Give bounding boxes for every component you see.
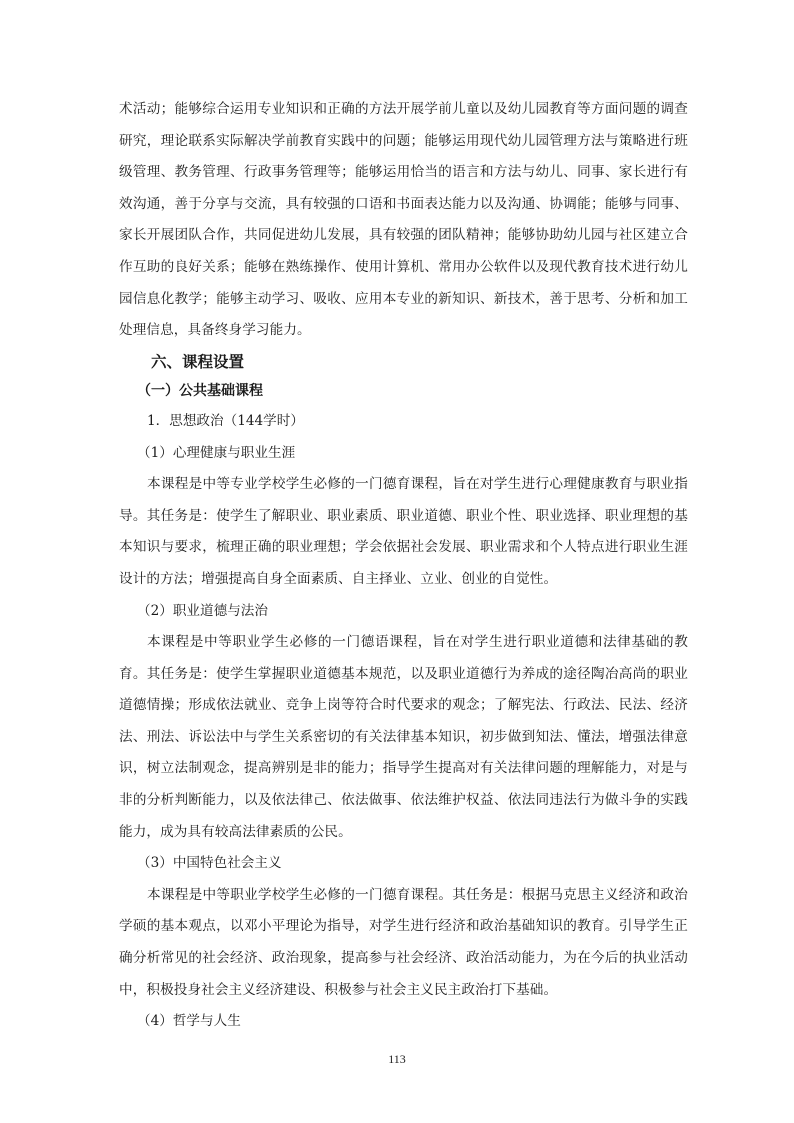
- course-description: 本课程是中等职业学生必修的一门德语课程，旨在对学生进行职业道德和法律基础的教育。…: [119, 627, 688, 848]
- page-body: 术活动；能够综合运用专业知识和正确的方法开展学前儿童以及幼儿园教育等方面问题的调…: [119, 94, 688, 1038]
- section-heading: 六、课程设置: [119, 347, 688, 379]
- course-description: 本课程是中等职业学校学生必修的一门德育课程。其任务是：根据马克思主义经济和政治学…: [119, 880, 688, 1006]
- course-description: 本课程是中等专业学校学生必修的一门德育课程，旨在对学生进行心理健康教育与职业指导…: [119, 469, 688, 595]
- subsection-heading: （一）公共基础课程: [119, 376, 688, 408]
- course-title: （1）心理健康与职业生涯: [119, 438, 688, 470]
- intro-paragraph: 术活动；能够综合运用专业知识和正确的方法开展学前儿童以及幼儿园教育等方面问题的调…: [119, 94, 688, 347]
- page-number: 113: [0, 1052, 794, 1067]
- course-title: （4）哲学与人生: [119, 1006, 688, 1038]
- course-group-heading: 1．思想政治（144学时）: [119, 406, 688, 438]
- document-page: 术活动；能够综合运用专业知识和正确的方法开展学前儿童以及幼儿园教育等方面问题的调…: [0, 0, 794, 1123]
- course-title: （2）职业道德与法治: [119, 596, 688, 628]
- course-title: （3）中国特色社会主义: [119, 848, 688, 880]
